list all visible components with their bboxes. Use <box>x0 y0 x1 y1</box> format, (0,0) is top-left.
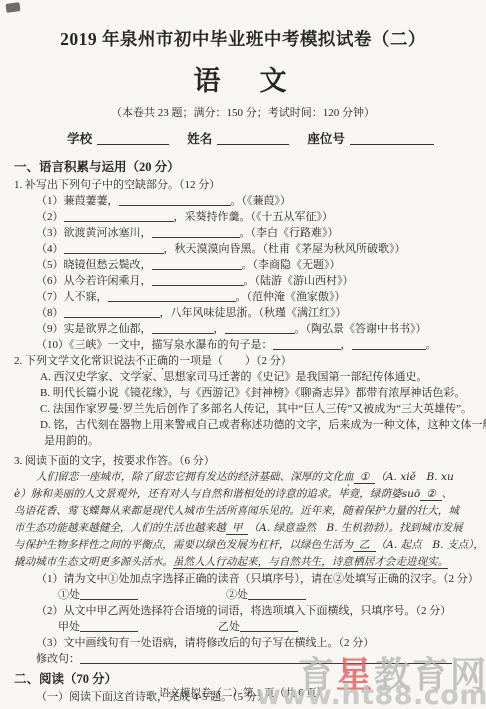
text-segment: （8） <box>36 307 64 319</box>
q3-paragraph-line-6: 撬动城市生态文明更多源头活水。虽然人人行动起来，与自然共生，诗意栖居才会走进现实… <box>14 554 472 571</box>
name-label: 姓名 <box>187 132 212 146</box>
q1-item-9: （9）实是欲界之仙都，，。（陶弘景《答谢中书书》） <box>14 321 472 337</box>
q1-item-1: （1）蒹葭萋萋，。（《蒹葭》） <box>14 193 472 209</box>
text-segment: 市生态功能越来越健全，人们的生活也越来越 <box>14 522 226 534</box>
text-segment: 鸟语花香、莺飞蝶舞从来都是现代人城市生活所喜闻乐见的。近年来，随着保护力量的壮大… <box>14 505 459 517</box>
text-segment: 的一项是（ ）（2 分） <box>168 355 292 367</box>
emphasized-text: 血 <box>343 471 354 483</box>
q2-option-a: A. 西汉史学家、文学家、思想家司马迁著的《史记》是我国第一部纪传体通史。 <box>14 369 472 385</box>
text-segment: 虽然人人行动起来，与自然共生，诗意栖居才会走进现实。 <box>173 556 448 569</box>
q3-sub3-stem: （3）文中画线句有一处语病，请将修改后的句子写在横线上。（2 分） <box>14 635 472 651</box>
answer-blank[interactable] <box>152 273 244 286</box>
text-segment: 人们留恋一座城市，除了留恋它拥有发达的经济基础、深厚的文化 <box>36 471 343 483</box>
text-segment: 、 <box>442 488 453 500</box>
text-segment: ①处 <box>58 589 80 601</box>
q1-item-3: （3）欲渡黄河冰塞川，。（李白《行路难》） <box>14 225 472 241</box>
school-label: 学校 <box>67 132 92 146</box>
student-info-row: 学校 姓名 座位号 <box>14 129 472 147</box>
seat-input-line[interactable] <box>350 131 434 145</box>
answer-blank[interactable] <box>152 321 214 334</box>
answer-blank[interactable] <box>80 587 138 600</box>
text-segment: ， <box>341 339 352 351</box>
text-segment: è）脉和美丽的人文景观外，还有对人与自然和谐相处的诗意的追求。毕竟，绿荫婆suō <box>14 488 420 500</box>
answer-blank[interactable] <box>64 305 160 318</box>
text-segment: （1）蒹葭萋萋， <box>36 195 119 207</box>
text-segment: 甲处 <box>58 621 80 633</box>
text-segment: 。（李白《行路难》） <box>240 227 339 239</box>
text-segment: （A. xiě B. xu <box>375 471 454 483</box>
exam-paper-page: 2019 年泉州市初中毕业班中考模拟试卷（二） 语 文 （本卷共 23 题；满分… <box>0 0 486 709</box>
q2-option-c: C. 法国作家罗曼·罗兰先后创作了多部名人传记，其中“巨人三传”又被成为“三大英… <box>14 401 472 417</box>
q3-revision-answer-line: 修改句： <box>14 651 472 667</box>
answer-blank[interactable] <box>248 587 306 600</box>
text-segment: ， <box>214 323 225 335</box>
subject-title: 语 文 <box>14 59 472 98</box>
exam-info: （本卷共 23 题；满分：150 分；考试时间：120 分钟） <box>14 104 472 120</box>
name-input-line[interactable] <box>217 131 289 145</box>
seat-label: 座位号 <box>307 132 345 146</box>
q3-sub1-stem: （1）请为文中①处加点字选择正确的读音（只填序号），请在②处填写正确的汉字。（2… <box>14 571 472 587</box>
q1-item-7: （7）人不寐，。（范仲淹《渔家傲》） <box>14 289 472 305</box>
fill-slot-label: 甲 <box>226 522 249 535</box>
text-segment: ②处 <box>226 589 248 601</box>
q1-stem: 1. 补写出下列句子中的空缺部分。（12 分） <box>14 177 472 193</box>
text-segment: 。（陆游《游山西村》） <box>244 275 354 287</box>
answer-blank[interactable] <box>64 241 164 254</box>
answer-blank[interactable] <box>119 193 231 206</box>
answer-blank[interactable] <box>108 289 236 302</box>
text-segment: ，采葵持作羹。（《十五从军征》） <box>174 211 334 223</box>
answer-blank[interactable] <box>80 651 452 664</box>
text-segment: （3）欲渡黄河冰塞川， <box>36 227 152 239</box>
text-segment: （10）《三峡》一文中，描写泉水瀑布的句子是： <box>36 339 273 351</box>
text-segment: （7）人不寐， <box>36 291 108 303</box>
q1-item-8: （8），八年风味徒思浙。（秋瑾《满江红》） <box>14 305 472 321</box>
text-segment: 修改句： <box>36 653 80 665</box>
q1-item-4: （4），秋天漠漠向昏黑。（杜甫《茅屋为秋风所破歌》） <box>14 241 472 257</box>
text-segment: 。 <box>426 339 437 351</box>
text-segment: 。（《蒹葭》） <box>231 195 292 207</box>
answer-blank[interactable] <box>152 225 240 238</box>
q1-item-10: （10）《三峡》一文中，描写泉水瀑布的句子是：，。 <box>14 337 472 353</box>
q3-paragraph-line-4: 市生态功能越来越健全，人们的生活也越来越甲（A. 绿意盎然 B. 生机勃勃）。找… <box>14 520 472 537</box>
q2-option-b: B. 明代长篇小说《镜花缘》，与《西游记》《封神榜》《聊斋志异》都带有浓厚神话色… <box>14 385 472 401</box>
q3-paragraph-line-1: 人们留恋一座城市，除了留恋它拥有发达的经济基础、深厚的文化血①（A. xiě B… <box>14 469 472 486</box>
text-segment: （A. 绿意盎然 B. 生机勃勃）。找到城市发展 <box>248 522 462 534</box>
answer-blank[interactable] <box>80 619 138 632</box>
answer-blank[interactable] <box>352 337 426 350</box>
answer-blank[interactable] <box>273 337 341 350</box>
q1-item-2: （2），采葵持作羹。（《十五从军征》） <box>14 209 472 225</box>
page-footer: 语文模拟卷（二）第 1 页（共 6 页） <box>0 685 486 700</box>
text-segment: 。（李商隐《无题》） <box>242 259 341 271</box>
text-segment: 与保护生物多样性之间的平衡点，需要以绿色发展为杠杆，以绿色生活为 <box>14 539 353 551</box>
q3-paragraph-line-5: 与保护生物多样性之间的平衡点，需要以绿色发展为杠杆，以绿色生活为乙（A. 起点 … <box>14 537 472 554</box>
emphasized-text: 不正确 <box>135 355 168 367</box>
text-segment: 乙处 <box>218 621 240 633</box>
text-segment: （6）从今若许闲乘月， <box>36 275 152 287</box>
q2-stem: 2. 下列文学文化常识说法不正确的一项是（ ）（2 分） <box>14 353 472 369</box>
school-input-line[interactable] <box>97 131 169 145</box>
text-segment: 撬动城市生态文明更多源头活水。 <box>14 556 173 568</box>
text-segment: 2. 下列文学文化常识说法 <box>14 355 135 367</box>
q3-sub2-answer-line: 甲处乙处 <box>14 619 472 635</box>
q3-paragraph-line-2: è）脉和美丽的人文景观外，还有对人与自然和谐相处的诗意的追求。毕竟，绿荫婆suō… <box>14 486 472 503</box>
paper-title: 2019 年泉州市初中毕业班中考模拟试卷（二） <box>14 0 472 51</box>
answer-blank[interactable] <box>64 209 174 222</box>
text-segment: ，秋天漠漠向昏黑。（杜甫《茅屋为秋风所破歌》） <box>164 243 406 255</box>
q3-stem: 3. 阅读下面的文字，按要求作答。（6 分） <box>14 453 472 469</box>
text-segment: 。（范仲淹《渔家傲》） <box>236 291 346 303</box>
text-segment: （9）实是欲界之仙都， <box>36 323 152 335</box>
answer-blank[interactable] <box>240 619 298 632</box>
text-segment: ，八年风味徒思浙。（秋瑾《满江红》） <box>160 307 347 319</box>
q2-option-d-continuation: 是用韵的。 <box>14 433 472 449</box>
q2-option-d: D. 铭，古代刻在器物上用来警戒自己或者称述功德的文字，后来成为一种文体，这种文… <box>14 417 472 433</box>
text-segment: 。（陶弘景《答谢中书书》） <box>295 323 427 335</box>
q3-sub2-stem: （2）从文中甲乙两处选择符合语境的词语，将选项填入下面横线，只填序号。（2 分） <box>14 603 472 619</box>
text-segment: （5）晓镜但愁云鬓改， <box>36 259 152 271</box>
fill-slot-label: ② <box>420 488 442 501</box>
q1-item-6: （6）从今若许闲乘月，。（陆游《游山西村》） <box>14 273 472 289</box>
q1-item-5: （5）晓镜但愁云鬓改，。（李商隐《无题》） <box>14 257 472 273</box>
section1-heading: 一、语言积累与运用（20 分） <box>14 157 472 175</box>
fill-slot-label: 乙 <box>353 539 376 552</box>
text-segment: （4） <box>36 243 64 255</box>
text-segment: （A. 起点 B. 支点）， <box>376 539 484 551</box>
fill-slot-label: ① <box>354 471 376 484</box>
q3-sub1-answer-line: ①处②处 <box>14 587 472 603</box>
scan-artifact <box>5 2 20 13</box>
q3-paragraph-line-3: 鸟语花香、莺飞蝶舞从来都是现代人城市生活所喜闻乐见的。近年来，随着保护力量的壮大… <box>14 503 472 520</box>
answer-blank[interactable] <box>152 257 242 270</box>
answer-blank[interactable] <box>225 321 295 334</box>
text-segment: （2） <box>36 211 64 223</box>
